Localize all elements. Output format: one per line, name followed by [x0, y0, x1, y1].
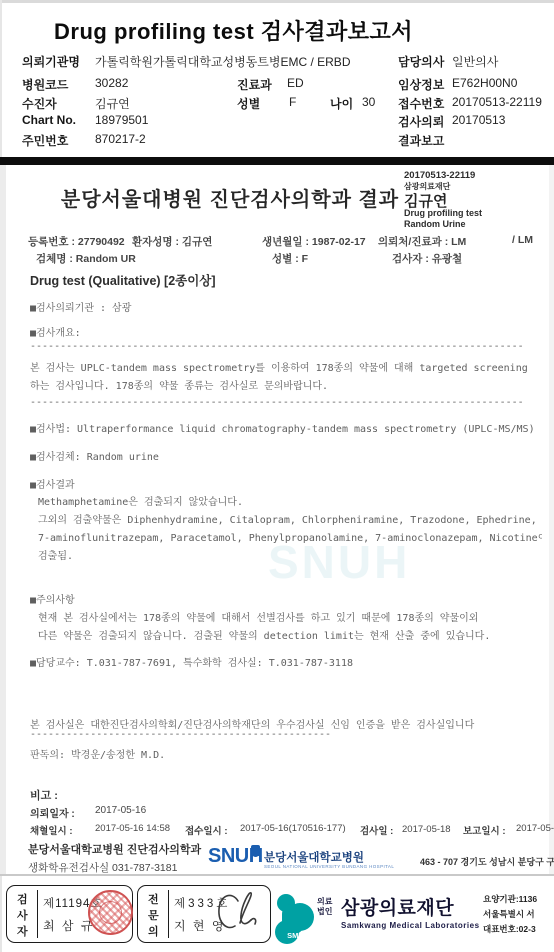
- sml-info-line1: 요양기관:1136: [483, 893, 537, 905]
- requesting-org-label: 의뢰기관명: [22, 53, 80, 70]
- age-label: 나이: [330, 95, 353, 112]
- snuh-shield-icon: [251, 845, 260, 857]
- attending-doctor-value: 일반의사: [452, 53, 498, 70]
- receive-datetime-label: 접수일시 :: [185, 823, 228, 837]
- examiner-seal-pattern: [99, 901, 122, 924]
- test-request-value: 20170513: [452, 113, 505, 127]
- body-line-reading-doctor: 판독의: 박경운/송정한 M.D.: [30, 746, 542, 761]
- referral-dept-field: 의뢰처/진료과 : LM: [378, 234, 466, 249]
- document-title: Drug profiling test 검사결과보고서: [54, 15, 413, 46]
- corner-receipt-no: 20170513-22119: [404, 170, 475, 181]
- tester-value: 유광철: [432, 253, 462, 265]
- body-line-specimen: ■검사검체: Random urine: [30, 448, 542, 463]
- page: { "header": { "title": "Drug profiling t…: [0, 0, 554, 952]
- dash-line-2: ----------------------------------------…: [30, 397, 542, 408]
- patient-name-value: 김규연: [182, 236, 212, 248]
- tester-label: 검사자 :: [392, 253, 429, 265]
- test-date-label: 검사일 :: [360, 823, 393, 837]
- scan-gutter-left: [0, 165, 6, 874]
- clinical-info-value: E762H00N0: [452, 76, 517, 90]
- birth-date-label: 생년월일 :: [262, 236, 309, 248]
- sml-corp-eng: Samkwang Medical Laboratories: [341, 921, 480, 930]
- hospital-address: 463 - 707 경기도 성남시 분당구 구미동 300: [420, 855, 554, 868]
- report-datetime-label: 보고일시 :: [463, 823, 506, 837]
- sml-corp-prefix: 의료 법인: [317, 897, 337, 916]
- requesting-org-value: 가톨릭학원가톨릭대학교성병동트병EMC / ERBD: [95, 53, 350, 70]
- specialist-role: 전문의: [143, 890, 169, 938]
- patient-label: 수진자: [22, 95, 57, 112]
- body-line-caution-2: 다른 약물은 검출되지 않습니다. 검출된 약물의 detection limi…: [38, 627, 542, 642]
- report-sex-value: F: [302, 253, 308, 265]
- sml-corp-name: 삼광의료재단: [341, 893, 454, 920]
- attending-doctor-label: 담당의사: [398, 53, 444, 70]
- snuh-hospital-name: 분당서울대학교병원: [264, 849, 364, 865]
- body-line-caution-label: ■주의사항: [30, 591, 542, 606]
- body-line-request-org: ■검사의뢰기관 : 삼광: [30, 299, 542, 314]
- request-date-value: 2017-05-16: [95, 805, 146, 816]
- resident-no-label: 주민번호: [22, 132, 68, 149]
- body-line-result-label: ■검사결과: [30, 476, 542, 491]
- specimen-value: Random UR: [76, 253, 136, 265]
- specialist-signature: [212, 887, 260, 939]
- report-datetime-value: 2017-05-19 16:41: [516, 823, 554, 834]
- scan-gutter-right: [549, 165, 554, 874]
- collect-datetime-label: 채혈일시 :: [30, 823, 73, 837]
- hospital-code-value: 30282: [95, 76, 128, 90]
- age-value: 30: [362, 95, 375, 109]
- dash-line-1: ----------------------------------------…: [30, 341, 542, 352]
- corner-specimen: Random Urine: [404, 219, 466, 229]
- patient-name-label: 환자성명 :: [132, 236, 179, 248]
- collect-datetime-value: 2017-05-16 14:58: [95, 823, 170, 834]
- examiner-seal: [88, 890, 133, 935]
- stamps-divider: [0, 874, 554, 876]
- receipt-no-label: 접수번호: [398, 95, 444, 112]
- body-line-professor: ■담당교수: T.031-787-7691, 특수화학 검사실: T.031-7…: [30, 654, 542, 669]
- snuh-hospital-caption: SEOUL NATIONAL UNIVERSITY BUNDANG HOSPIT…: [264, 864, 394, 869]
- scan-top-edge: [0, 0, 554, 3]
- remark-label: 비고 :: [30, 787, 58, 803]
- report-sex-label: 성별 :: [272, 253, 299, 265]
- reg-no-label: 등록번호 :: [28, 236, 75, 248]
- patient-value: 김규연: [95, 95, 130, 112]
- corner-test-name: Drug profiling test: [404, 208, 482, 218]
- report-title: 분당서울대병원 진단검사의학과 결과: [60, 183, 400, 212]
- dash-line-3: ----------------------------------------…: [30, 729, 542, 740]
- reg-no-field: 등록번호 : 27790492: [28, 234, 125, 249]
- reg-no-value: 27790492: [78, 236, 125, 248]
- tester-field: 검사자 : 유광철: [392, 251, 462, 266]
- body-line-caution-1: 현재 본 검사실에서는 178종의 약물에 대해서 선별검사를 하고 있기 때문…: [38, 609, 542, 624]
- sml-logo-icon: SML: [274, 892, 316, 950]
- body-line-result-3: 7-aminoflunitrazepam, Paracetamol, Pheny…: [38, 529, 542, 544]
- body-line-overview-1: 본 검사는 UPLC-tandem mass spectrometry를 이용하…: [30, 359, 542, 374]
- department-value: ED: [287, 76, 304, 90]
- sml-info-line3: 대표번호:02-3: [483, 923, 536, 935]
- test-date-value: 2017-05-18: [402, 824, 451, 835]
- specimen-field: 검체명 : Random UR: [36, 251, 136, 266]
- sex-field: 성별 : F: [272, 251, 308, 266]
- examiner-name: 최 삼 규: [43, 917, 94, 934]
- sml-info-line2: 서울특별시 서: [483, 908, 535, 920]
- birth-date-value: 1987-02-17: [312, 236, 366, 248]
- body-line-method: ■검사법: Ultraperformance liquid chromatogr…: [30, 420, 542, 435]
- chart-no-label: Chart No.: [22, 113, 76, 127]
- sml-logo-text: SML: [287, 931, 303, 940]
- test-section-title: Drug test (Qualitative) [2종이상]: [30, 271, 216, 289]
- referral-dept-value2: / LM: [512, 234, 533, 246]
- test-request-label: 검사의뢰: [398, 113, 444, 130]
- sex-label: 성별: [237, 95, 260, 112]
- request-date-label: 의뢰일자 :: [30, 805, 75, 820]
- resident-no-value: 870217-2: [95, 132, 146, 146]
- examiner-role: 검사자: [12, 890, 38, 938]
- clinical-info-label: 임상정보: [398, 76, 444, 93]
- birth-date-field: 생년월일 : 1987-02-17: [262, 234, 366, 249]
- body-line-result-1: Methamphetamine은 검출되지 않았습니다.: [38, 493, 542, 508]
- footer-dept-line1: 분당서울대학교병원 진단검사의학과: [28, 841, 201, 857]
- footer-dept-line2: 생화학유전검사실 031-787-3181: [28, 860, 177, 875]
- referral-dept-label: 의뢰처/진료과 :: [378, 236, 448, 248]
- sml-corp-prefix-text: 의료 법인: [317, 897, 337, 916]
- receive-datetime-value: 2017-05-16(170516-177): [240, 823, 346, 834]
- specimen-label: 검체명 :: [36, 253, 73, 265]
- referral-dept-value: LM: [451, 236, 466, 248]
- receipt-no-value: 20170513-22119: [452, 95, 542, 109]
- patient-name-field: 환자성명 : 김규연: [132, 234, 212, 249]
- department-label: 진료과: [237, 76, 272, 93]
- black-divider-bar: [0, 157, 554, 165]
- body-line-result-4: 검출됨.: [38, 547, 542, 562]
- sex-value: F: [289, 95, 296, 109]
- chart-no-value: 18979501: [95, 113, 148, 127]
- hospital-code-label: 병원코드: [22, 76, 68, 93]
- body-line-overview-label: ■검사개요:: [30, 324, 542, 339]
- body-line-result-2: 그외의 검출약물은 Diphenhydramine, Citalopram, C…: [38, 511, 542, 526]
- result-report-label: 결과보고: [398, 132, 444, 149]
- body-line-overview-2: 하는 검사입니다. 178종의 약물 종류는 검사실로 문의바랍니다.: [30, 377, 542, 392]
